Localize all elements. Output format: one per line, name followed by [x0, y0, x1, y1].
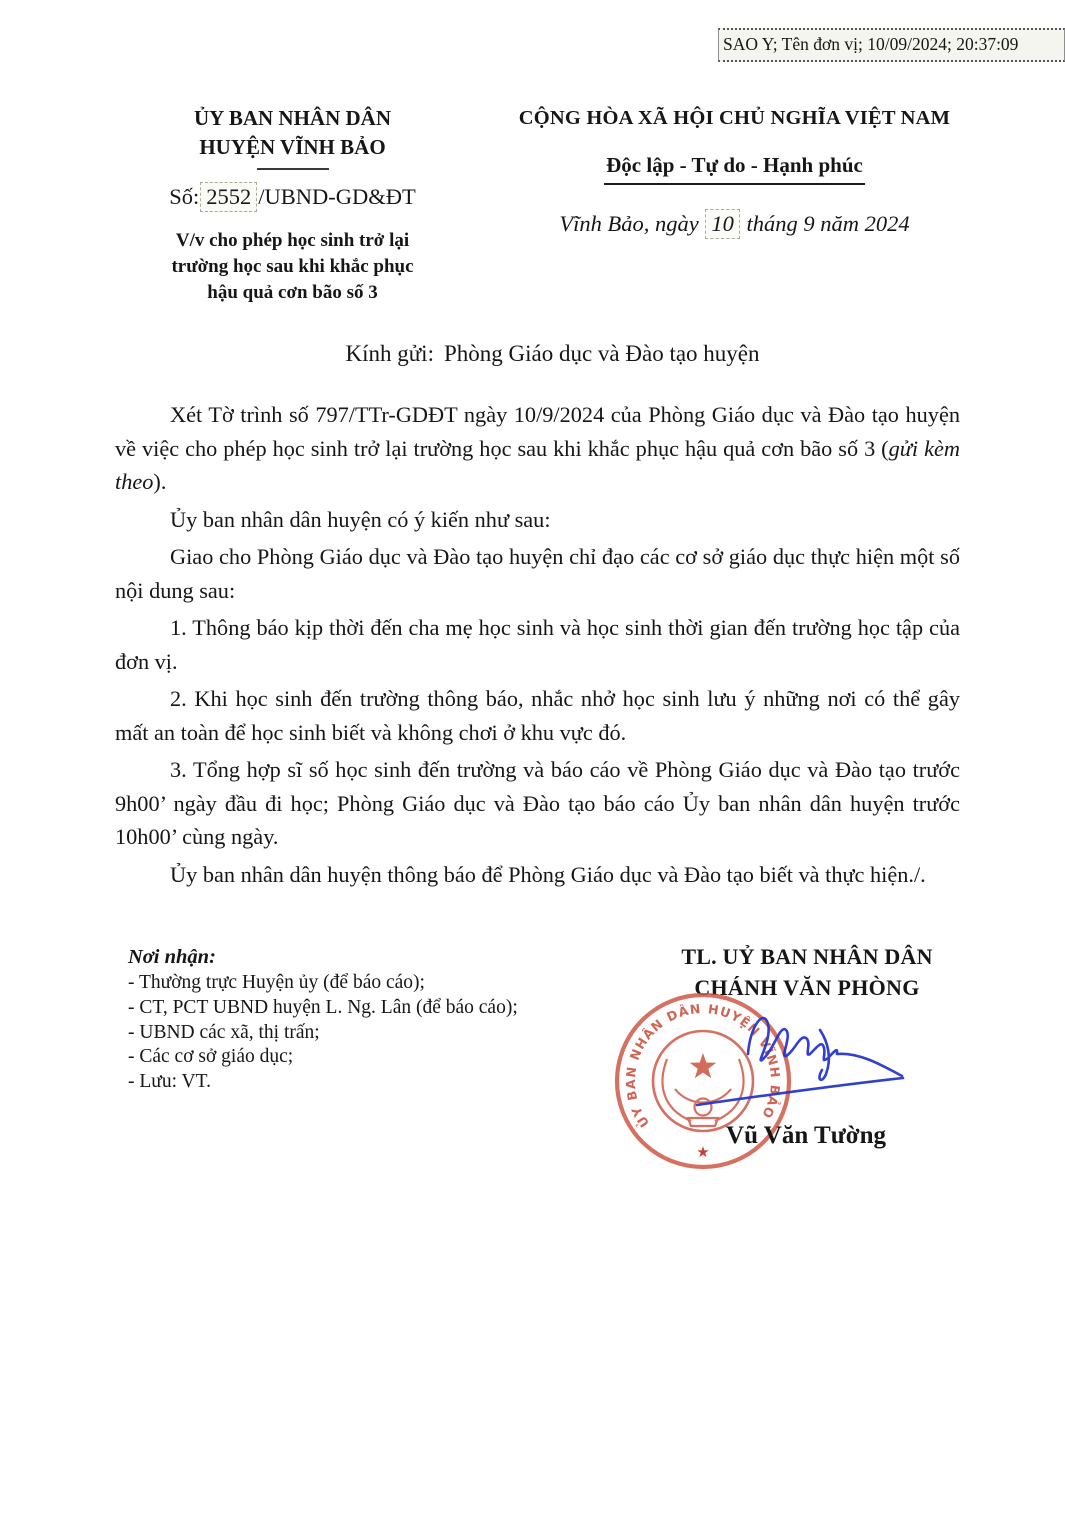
issuing-authority-block: ỦY BAN NHÂN DÂN HUYỆN VĨNH BẢO Số:2552/U…: [120, 104, 465, 306]
handwritten-signature: [680, 1002, 950, 1122]
doc-number-field: 2552: [200, 182, 257, 212]
paragraph-considering: Xét Tờ trình số 797/TTr-GDĐT ngày 10/9/2…: [115, 398, 960, 499]
paragraph-text: Xét Tờ trình số 797/TTr-GDĐT ngày 10/9/2…: [115, 402, 960, 461]
paragraph-text: ).: [153, 469, 166, 494]
paragraph-opinion: Ủy ban nhân dân huyện có ý kiến như sau:: [115, 503, 960, 537]
national-motto: Độc lập - Tự do - Hạnh phúc: [604, 152, 865, 185]
paragraph-item-2: 2. Khi học sinh đến trường thông báo, nh…: [115, 682, 960, 749]
salutation-line: Kính gửi:Phòng Giáo dục và Đào tạo huyện: [115, 341, 960, 367]
date-prefix: Vĩnh Bảo, ngày: [559, 211, 698, 236]
recipient-item: - Lưu: VT.: [128, 1070, 588, 1095]
subject-line-1: V/v cho phép học sinh trở lại: [120, 228, 465, 254]
date-day-field: 10: [705, 209, 740, 239]
signer-authority-title: TL. UỶ BAN NHÂN DÂN: [608, 941, 1006, 972]
paragraph-item-1: 1. Thông báo kịp thời đến cha mẹ học sin…: [115, 611, 960, 678]
recipient-item: - Thường trực Huyện ủy (để báo cáo);: [128, 971, 588, 996]
paragraph-item-3: 3. Tổng hợp sĩ số học sinh đến trường và…: [115, 753, 960, 854]
recipient-item: - UBND các xã, thị trấn;: [128, 1021, 588, 1046]
recipient-item: - Các cơ sở giáo dục;: [128, 1045, 588, 1070]
signer-name: Vũ Văn Tường: [650, 1122, 962, 1150]
paragraph-assignment: Giao cho Phòng Giáo dục và Đào tạo huyện…: [115, 540, 960, 607]
subject-line-3: hậu quả cơn bão số 3: [120, 280, 465, 306]
issuing-authority-name: HUYỆN VĨNH BẢO: [120, 133, 465, 162]
header-rule: [257, 168, 329, 170]
document-number-line: Số:2552/UBND-GD&ĐT: [120, 182, 465, 212]
national-header-block: CỘNG HÒA XÃ HỘI CHỦ NGHĨA VIỆT NAM Độc l…: [462, 104, 1007, 239]
recipients-label: Nơi nhận:: [128, 944, 588, 971]
paragraph-closing: Ủy ban nhân dân huyện thông báo để Phòng…: [115, 858, 960, 892]
date-suffix: tháng 9 năm 2024: [746, 211, 909, 236]
doc-number-prefix: Số:: [169, 184, 199, 209]
document-subject: V/v cho phép học sinh trở lại trường học…: [120, 228, 465, 306]
place-date-line: Vĩnh Bảo, ngày 10 tháng 9 năm 2024: [462, 209, 1007, 239]
document-body: Xét Tờ trình số 797/TTr-GDĐT ngày 10/9/2…: [115, 398, 960, 895]
national-title: CỘNG HÒA XÃ HỘI CHỦ NGHĨA VIỆT NAM: [462, 104, 1007, 132]
salutation-label: Kính gửi:: [345, 341, 434, 366]
recipients-block: Nơi nhận: - Thường trực Huyện ủy (để báo…: [128, 944, 588, 1095]
doc-number-suffix: /UBND-GD&ĐT: [258, 184, 416, 209]
document-page: SAO Y; Tên đơn vị; 10/09/2024; 20:37:09 …: [0, 0, 1065, 1539]
subject-line-2: trường học sau khi khắc phục: [120, 254, 465, 280]
salutation-recipient: Phòng Giáo dục và Đào tạo huyện: [444, 341, 760, 366]
recipient-item: - CT, PCT UBND huyện L. Ng. Lân (để báo …: [128, 996, 588, 1021]
copy-stamp-bar: SAO Y; Tên đơn vị; 10/09/2024; 20:37:09: [718, 28, 1065, 62]
issuing-authority-parent: ỦY BAN NHÂN DÂN: [120, 104, 465, 133]
